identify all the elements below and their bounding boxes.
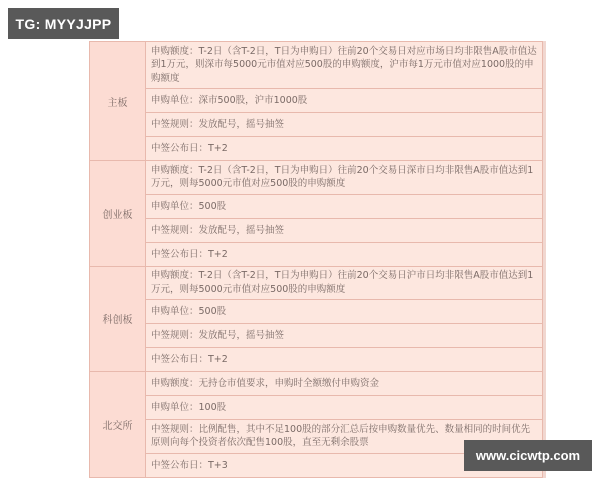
- row-subscription-quota: 申购额度：T-2日（含T-2日，T日为申购日）往前20个交易日深市日均非限售A股…: [146, 161, 542, 194]
- row-subscription-quota: 申购额度：无持仓市值要求，申购时全额缴付申购资金: [146, 372, 542, 395]
- watermark-top: TG: MYYJJPP: [8, 8, 119, 39]
- row-subscription-quota: 申购额度：T-2日（含T-2日，T日为申购日）往前20个交易日沪市日均非限售A股…: [146, 267, 542, 300]
- group-main-board: 主板 申购额度：T-2日（含T-2日，T日为申购日）往前20个交易日对应市场日均…: [90, 42, 542, 160]
- group-rows: 申购额度：T-2日（含T-2日，T日为申购日）往前20个交易日沪市日均非限售A股…: [146, 267, 542, 372]
- row-subscription-unit: 申购单位：500股: [146, 194, 542, 218]
- ipo-rules-table: 主板 申购额度：T-2日（含T-2日，T日为申购日）往前20个交易日对应市场日均…: [89, 41, 543, 478]
- row-subscription-unit: 申购单位：深市500股，沪市1000股: [146, 88, 542, 112]
- row-subscription-quota: 申购额度：T-2日（含T-2日，T日为申购日）往前20个交易日对应市场日均非限售…: [146, 42, 542, 88]
- row-announcement-date: 中签公布日：T+2: [146, 242, 542, 266]
- row-subscription-unit: 申购单位：500股: [146, 299, 542, 323]
- board-label: 主板: [90, 42, 146, 160]
- group-chinext: 创业板 申购额度：T-2日（含T-2日，T日为申购日）往前20个交易日深市日均非…: [90, 160, 542, 266]
- board-label: 科创板: [90, 267, 146, 372]
- row-announcement-date: 中签公布日：T+2: [146, 136, 542, 160]
- group-rows: 申购额度：T-2日（含T-2日，T日为申购日）往前20个交易日对应市场日均非限售…: [146, 42, 542, 160]
- row-lottery-rule: 中签规则：发放配号，摇号抽签: [146, 112, 542, 136]
- row-subscription-unit: 申购单位：100股: [146, 395, 542, 419]
- board-label: 北交所: [90, 372, 146, 477]
- board-label: 创业板: [90, 161, 146, 266]
- row-lottery-rule: 中签规则：发放配号，摇号抽签: [146, 323, 542, 347]
- group-star-market: 科创板 申购额度：T-2日（含T-2日，T日为申购日）往前20个交易日沪市日均非…: [90, 266, 542, 372]
- group-rows: 申购额度：T-2日（含T-2日，T日为申购日）往前20个交易日深市日均非限售A股…: [146, 161, 542, 266]
- row-lottery-rule: 中签规则：发放配号，摇号抽签: [146, 218, 542, 242]
- row-announcement-date: 中签公布日：T+2: [146, 347, 542, 371]
- watermark-bottom: www.cicwtp.com: [464, 440, 592, 471]
